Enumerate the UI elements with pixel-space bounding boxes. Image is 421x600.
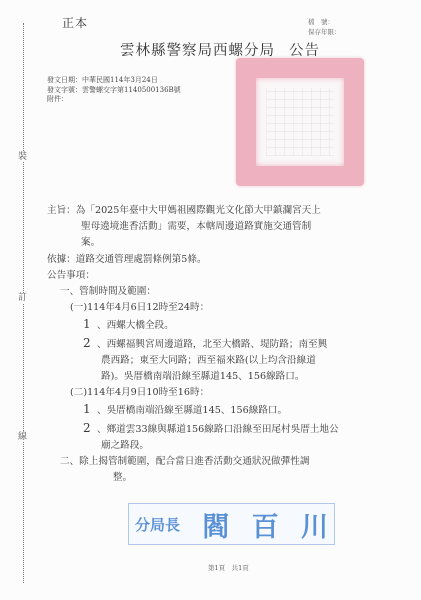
attachment-label: 附件： [47,95,68,103]
page-number: 第1頁 共1頁 [208,563,249,572]
file-number-label: 檔 號： [308,17,341,27]
section-2-line-2: 整。 [47,470,377,486]
attachment-row: 附件： [47,95,181,105]
signature-name-char-2: 百 [252,505,279,544]
file-meta: 檔 號： 保存年限： [308,17,341,37]
subject-line-2: 聖母遶境進香活動」需要，本轄周邊道路實施交通管制 [47,219,377,235]
signature-name-char-1: 閻 [202,505,229,544]
item-text: 、西螺福興宮周邊道路，北至大橋路、堤防路；南至興 [97,339,327,350]
subsection-1-item-2-cont-1: 農西路；東至大同路；西至福來路(以上均含沿線道 [47,353,377,369]
subsection-2-item-2: 2、鄉道雲33線與縣道156線路口沿線至田尾村吳厝土地公 [47,420,377,438]
document-title: 雲林縣警察局西螺分局公告 [120,39,320,60]
signature-name-char-3: 川 [301,505,328,544]
retention-period-label: 保存年限： [308,27,341,37]
document-page: 裝 訂 線 正本 檔 號： 保存年限： 雲林縣警察局西螺分局公告 發文日期：中華… [0,0,421,600]
basis-line: 依據：道路交通管理處罰條例第5條。 [47,252,377,268]
issue-info: 發文日期：中華民國114年3月24日 發文字號：雲警螺交字第1140500136… [47,76,181,105]
subsection-1-item-1: 1、西螺大橋全段。 [47,316,377,334]
subject-label: 主旨： [47,203,76,219]
issue-date-label: 發文日期： [47,76,82,84]
seal-inner-pattern [266,88,334,156]
binding-char-xian: 線 [18,432,27,442]
original-copy-mark: 正本 [62,14,88,31]
document-type: 公告 [289,43,320,59]
issue-number-label: 發文字號： [47,86,82,94]
notice-items-label: 公告事項： [47,268,377,284]
basis-label: 依據： [47,252,76,268]
item-number: 2 [83,335,97,351]
signature-title: 分局長 [135,514,180,535]
director-signature-stamp: 分局長 閻 百 川 [128,503,335,545]
subsection-2-title: (二)114年4月9日10時至16時： [47,385,377,401]
item-number: 2 [83,420,97,436]
issue-number-row: 發文字號：雲警螺交字第1140500136B號 [47,86,181,96]
subsection-1-item-2-cont-2: 路)。吳厝橋南端沿線至縣道145、156線路口。 [47,369,377,385]
item-text: 、西螺大橋全段。 [97,320,174,331]
section-2-line-1: 二、除上揭管制範圍，配合當日進香活動交通狀況做彈性調 [47,454,377,470]
issue-date-value: 中華民國114年3月24日 [82,76,158,84]
subsection-2-item-2-cont-1: 廟之路段。 [47,438,377,454]
subject-text: 為「2025年臺中大甲媽祖國際觀光文化節大甲鎮瀾宮天上 [76,205,321,216]
item-text: 、鄉道雲33線與縣道156線路口沿線至田尾村吳厝土地公 [97,424,339,435]
section-1-title: 一、管制時間及範圍： [47,284,377,300]
binding-char-ding: 訂 [18,293,27,303]
agency-name: 雲林縣警察局西螺分局 [120,43,275,59]
subject-line-3: 案。 [47,235,377,251]
issue-date-row: 發文日期：中華民國114年3月24日 [47,76,181,86]
document-body: 主旨：為「2025年臺中大甲媽祖國際觀光文化節大甲鎮瀾宮天上 聖母遶境進香活動」… [47,203,377,486]
item-number: 1 [83,401,97,417]
item-number: 1 [83,316,97,332]
binding-char-zhuang: 裝 [18,152,27,162]
subsection-1-title: (一)114年4月6日12時至24時： [47,300,377,316]
binding-line [23,23,24,583]
official-seal-stamp [236,58,364,186]
issue-number-value: 雲警螺交字第1140500136B號 [82,86,181,94]
subsection-2-item-1: 1、吳厝橋南端沿線至縣道145、156線路口。 [47,401,377,419]
item-text: 、吳厝橋南端沿線至縣道145、156線路口。 [97,405,287,416]
basis-text: 道路交通管理處罰條例第5條。 [76,254,207,265]
subject-line-1: 主旨：為「2025年臺中大甲媽祖國際觀光文化節大甲鎮瀾宮天上 [47,203,377,219]
subsection-1-item-2: 2、西螺福興宮周邊道路，北至大橋路、堤防路；南至興 [47,335,377,353]
